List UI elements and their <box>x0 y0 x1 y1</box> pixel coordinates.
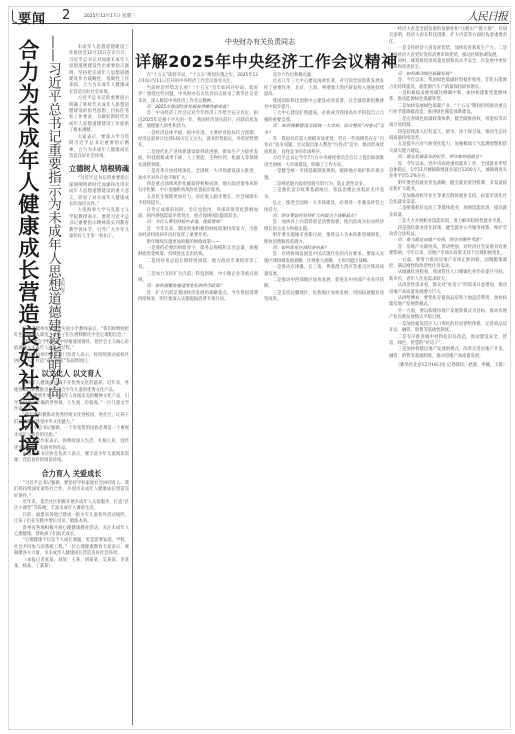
paragraph: 答：扩大内需是我国经济发展的战略基点。今年我国消费持续恢复，明年要深入实施提振消… <box>138 291 258 304</box>
paragraph: 在肯定成绩的同时，会议也指出，外部环境变化影响加深，国内供强需弱矛盾突出，重点领… <box>138 208 258 221</box>
paragraph: 中国新华书店协会负责人表示，要丰富少年儿童阅读资源，营造良好的阅读环境。 <box>14 452 129 465</box>
paragraph: 三是改革开放持续深化。全国统一大市场建设深入推进，高水平对外开放不断扩大。 <box>138 169 258 182</box>
paragraph: 一是推动京津冀、长三角、粤港澳大湾区等重点区域高质量发展。 <box>264 265 384 278</box>
paragraph: 四是强化就业优先政策，健全就业公共服务体系，维护劳动者合法权益。 <box>389 226 507 239</box>
paragraph: 儿童文学作家表示，将继续深入生活、扎根人民，创作更多有温度、有筋骨的作品。 <box>14 439 129 452</box>
issue-date: 2025年12月17日 星期三 <box>84 13 135 19</box>
paragraph: 答：中央经济工作会议对今年经济工作给予充分肯定，指出2025年是很不平凡的一年，… <box>138 111 258 130</box>
paragraph: 贵州省各地积极开展心理健康教育活动，关注未成年人心理健康，帮助孩子们阳光成长。 <box>14 526 129 539</box>
paragraph: “我们要创作更多未成年人喜闻乐见的精神文化产品，引导他们树立正确的世界观、人生观… <box>14 394 129 413</box>
paragraph: 浙江省杭州市教育部门负责人表示，将持续推动家校社协同育人，打造“家长课堂”等品牌… <box>14 353 129 366</box>
paragraph: 一是加强高校毕业生等重点群体就业支持，拓宽市场化社会化就业渠道。 <box>389 194 507 207</box>
paragraph: 近年来，基层社区积极开展未成年人关爱服务，打造“社区小课堂”等阵地，丰富未成年人… <box>14 500 129 513</box>
paragraph: 答：今年以来，我国更加积极的财政政策持续发力，为推动经济持续回升向好发挥了重要作… <box>138 227 258 240</box>
paragraph: 目前，福建省各地已建成一批少年儿童校外活动场所，让孩子们在实践中增长见识、锻炼本… <box>14 513 129 526</box>
right-article-column-3: 经济大省是全国发展的顶梁柱和“压舱石”“挑大梁”，有研究表明，经济大省在科技创新… <box>389 27 507 372</box>
paragraph: 大家表示，要深入学习贯彻习近平总书记重要指示精神，合力为未成年人健康成长营造良好… <box>69 135 129 161</box>
paragraph: “习近平总书记强调，一个有希望的民族必须是一个重视未成年人教育的民族。” <box>14 426 129 439</box>
paragraph: 答：今年以来，我国绿色低碳转型稳步推进，非化石能源占比持续提高，新能源汽车产销量… <box>389 78 507 91</box>
section-heading: 合力育人 关爱成长 <box>14 469 129 478</box>
paragraph: 习近平总书记的重要指示明确了新时代未成年人思想道德建设的指导思想、目标任务和工作… <box>69 96 129 134</box>
paragraph: 经济大省是全国发展的顶梁柱和“压舱石”“挑大梁”，有研究表明，经济大省在科技创新… <box>389 27 507 46</box>
article-signoff: （新华社北京12月16日电 记者韩洁、赵晨、申铖、王希） <box>389 362 507 368</box>
paragraph: 从供给侧看，要优化存量商品房和土地盘活利用，加快构建房地产发展新模式。 <box>389 296 507 309</box>
paragraph: 二是现代化产业体系建设取得新进展。新质生产力稳步发展，科技创新成果丰硕，人工智能… <box>138 150 258 169</box>
paragraph: 一是加快建设适应人口变化的住房供给体系，完善商品房开发、融资、销售等基础性制度。 <box>389 322 507 335</box>
section-name: 要闻 <box>18 8 46 27</box>
right-article-kicker: 中央财办有关负责同志 <box>135 37 385 47</box>
paragraph: 一是经济总体平稳、稳中有进。主要经济指标符合预期，经济总量预计达到140万亿元左… <box>138 131 258 150</box>
paragraph: 在“十五五”即将开局、“十五五”规划实施之年，2025年12月10日至11日召开… <box>138 73 258 86</box>
paragraph: 一方面，要着力推动房地产市场止跌回稳，因城施策调控，满足刚性和改善性住房需求。 <box>389 258 507 271</box>
right-article-column-1: 在“十五五”即将开局、“十五五”规划实施之年，2025年12月10日至11日召开… <box>138 73 258 304</box>
paragraph: 三是加力支持扩大内需、科技创新、中小微企业等重点领域。 <box>138 272 258 285</box>
column-divider <box>132 29 133 725</box>
paragraph: 江西省赣州市瑞金市实验小学教师表示，“我们将继续把红色资源融入课堂，让孩子们在潜… <box>14 327 129 340</box>
paragraph: 二是加快发展绿色低碳产业，“十五五”期间持续推动重点行业节能降碳改造，推进绿色制… <box>389 104 507 117</box>
paragraph: 我国国际科技创新中心建设成效显著，在全球创新指数排名中稳步提升。 <box>264 99 384 112</box>
paragraph: 四是持续深入打好蓝天、碧水、净土保卫战，推动生态环境质量持续改善。 <box>389 130 507 143</box>
paragraph: 答：今年以来，党中央高度重视就业工作，全国就业形势总体稳定，1至11月城镇新增就… <box>389 162 507 181</box>
section-heading: 立德树人 培根铸魂 <box>69 164 129 173</box>
paragraph: 明年要实施城市更新行动，推进以人为本的新型城镇化，释放消费和投资潜力。 <box>264 233 384 246</box>
paragraph: 未成年人思想道德建设工作推进会12月15日在京召开。习近平总书记对加强未成年人思… <box>69 45 129 96</box>
paragraph: 一是保持必要的财政赤字、债务总规模和支出总量，加强财政资金统筹，持续优化支出结构… <box>138 246 258 259</box>
right-article-headline: 详解2025年中央经济工作会议精神 <box>135 49 385 72</box>
paragraph: 总之，推进全国统一大市场建设，必将进一步激发经营主体活力。 <box>264 201 384 214</box>
paragraph: 二是有序推进城中村和危旧房改造，推动建设安全、舒适、绿色、智慧的“好房子”。 <box>389 335 507 348</box>
paragraph: 同时，统筹推进高质量发展和高水平安全，在发展中更好保障和改善民生。 <box>389 59 507 72</box>
paragraph: 三是完善绿色低碳政策体系，健全碳排放权、用能权等市场交易机制。 <box>389 117 507 130</box>
paragraph: 三是强化竞争政策基础地位，依法治理企业低价无序竞争。 <box>264 188 384 201</box>
paragraph: 三大中心建设扩围提质，必将成为我国高水平科技自立自强的重要支撑。 <box>264 111 384 124</box>
newspaper-page: 要闻 2 2025年12月17日 星期三 人民日报 合力为未成年人健康成长营造良… <box>8 6 511 730</box>
paragraph: 另一方面，要以构建房地产发展新模式为目标，推动房地产业向新发展模式平稳过渡。 <box>389 309 507 322</box>
paragraph: 未成年人健康成长离不开优秀文化的滋养。近年来，各地各部门积极推出更多适合少年儿童… <box>14 381 129 394</box>
paragraph: 答：加快补上内需特别是消费短板，使内需成为拉动经济增长的主动力和稳定锚。 <box>264 220 384 233</box>
paragraph: 三是支持边疆地区、民族地区加快发展，巩固拓展脱贫攻坚成果。 <box>264 291 384 304</box>
paragraph: 答：我国具有超大规模市场优势，但在一些领域仍存在“内卷式”竞争问题。会议提出深入… <box>264 137 384 156</box>
paragraph: 明年要坚持就业优先战略，健全就业促进机制，多渠道稳定和扩大就业。 <box>389 181 507 194</box>
paragraph: “我们要积极推动优秀传统文化进校园、进社区，让孩子们在实践中感受中华文化魅力。” <box>14 413 129 426</box>
right-article: 中央财办有关负责同志 详解2025年中央经济工作会议精神 在“十五五”即将开局、… <box>135 27 509 727</box>
left-article-byline: 本报记者 <box>60 277 66 293</box>
paragraph: “我们要在学校教育中厚植爱国情怀，把社会主义核心价值观融入未成年人成长全过程。” <box>14 340 129 353</box>
paragraph: 从改善性需求看，群众对“好房子”的需求日益增加，推动房地产高质量发展潜力巨大。 <box>389 283 507 296</box>
left-article-body-column: 江西省赣州市瑞金市实验小学教师表示，“我们将继续把红色资源融入课堂，让孩子们在潜… <box>14 327 129 570</box>
article-signoff: （本报记者张某、刘某、王某、胡某某、吴某某、李某某、杨某、丁某某） <box>14 558 129 571</box>
newspaper-logo: 人民日报 <box>467 8 507 24</box>
page-number: 2 <box>62 8 70 23</box>
masthead: 要闻 2 2025年12月17日 星期三 人民日报 <box>12 9 509 24</box>
left-article-intro-column: 未成年人思想道德建设工作推进会12月15日在京召开。习近平总书记对加强未成年人思… <box>69 45 129 240</box>
paragraph: 答：房地产关联度高、带动性强，对经济社会发展具有重要影响。今年以来，房地产市场在… <box>389 245 507 258</box>
right-article-column-2: 竞争力作出积极贡献。过去几年三大中心建设成效显著，对引领全国创新发展发挥了重要作… <box>264 73 384 304</box>
paragraph: 四是重点领域风险化解取得积极成效。地方政府债务风险有序化解，中小金融机构风险处置… <box>138 182 258 195</box>
left-article: 合力为未成年人健康成长营造良好社会环境 ——习近平总书记重要指示为未成年人思想道… <box>12 27 130 727</box>
paragraph: 三是大力开展职业技能培训，着力解决结构性就业矛盾。 <box>389 219 507 225</box>
paragraph: 从城镇化进程看，我国常住人口城镇化率仍有提升空间，新市民、青年人住房需求较大。 <box>389 270 507 283</box>
paragraph: 二是用好用足超长期特别国债、地方政府专项债券等工具。 <box>138 259 258 272</box>
section-heading: 以文化人 以文育人 <box>14 369 129 378</box>
paragraph: 答：区域协调发展是中国式现代化的内在要求。要深入实施区域协调发展战略、区域重大战… <box>264 252 384 265</box>
interview-question: 问：如何理解建设全国统一大市场、综合整治“内卷式”竞争？ <box>264 124 384 137</box>
paragraph: 习近平总书记今年7月在中央财经委员会会议上提出纵深推进全国统一大市场建设，明确了… <box>264 156 384 169</box>
paragraph: 二是统筹抓好农民工等群体就业，加强技能培训，提高就业质量。 <box>389 206 507 219</box>
paragraph: “心理健康不仅是个人成长课题，更是需要家庭、学校、社会共同参与的系统工程。”一位… <box>14 538 129 557</box>
paragraph: 一是支持经济大省发挥优势，加快培育新质生产力。二是支持经济大省更好发挥消费市场优… <box>389 46 507 59</box>
paragraph: 一是积极稳妥推进碳达峰碳中和，加快构建新型能源体系，推动能源绿色低碳转型。 <box>389 91 507 104</box>
masthead-bracket <box>12 10 17 23</box>
paragraph: “习近平总书记的重要指示深刻阐明新时代加强和改进未成年人思想道德建设的重大意义，… <box>69 176 129 208</box>
paragraph: 大连海事大学马克思主义学院教授表示，要把习近平总书记重要指示精神落实到教育教学各… <box>69 208 129 240</box>
paragraph: 五是提升应对气候变化能力，加强极端天气监测预警和防灾减灾能力建设。 <box>389 142 507 155</box>
paragraph: 一是健全统一市场基础制度规则，破除地方保护和市场分割。 <box>264 169 384 182</box>
paragraph: 五是民生保障更加有力。居民收入稳步增长，社会保障水平持续提升。 <box>138 195 258 208</box>
paragraph: 过去几年三大中心建设成效显著，对引领全国创新发展发挥了重要作用，北京、上海、粤港… <box>264 79 384 98</box>
paragraph: “习近平总书记强调，要坚持学校家庭社会协同育人。我们将持续深化家校社合作，共同为… <box>14 481 129 500</box>
paragraph: 二是推动中西部地区加快发展，促进东中西部产业有序转移。 <box>264 278 384 291</box>
paragraph: 三是加快构建房地产发展新模式，改革完善房地产开发、融资、销售等基础制度，推动房地… <box>389 347 507 360</box>
paragraph: 当前经济形势怎么看？“十五五”首年如何开好局、起好步？围绕这些问题，中央财办有关… <box>138 86 258 105</box>
